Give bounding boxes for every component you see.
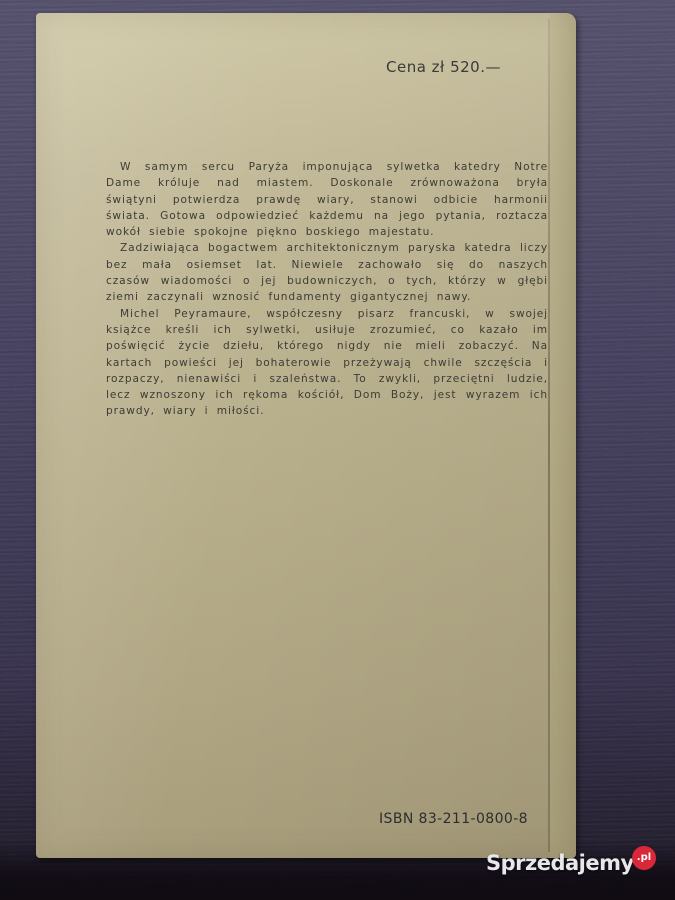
price-label: Cena zł 520.— <box>386 58 501 76</box>
book-back-cover: Cena zł 520.— W samym sercu Paryża impon… <box>36 13 576 858</box>
blurb-paragraph: Michel Peyramaure, współczesny pisarz fr… <box>106 306 548 420</box>
blurb-text: W samym sercu Paryża imponująca sylwetka… <box>106 159 548 420</box>
isbn-number: ISBN 83-211-0800-8 <box>379 811 528 827</box>
book-spine-edge <box>550 13 576 858</box>
spine-fold-line <box>548 19 550 852</box>
blurb-paragraph: W samym sercu Paryża imponująca sylwetka… <box>106 159 548 240</box>
watermark-logo: Sprzedajemy <box>486 851 634 875</box>
blurb-paragraph: Zadziwiająca bogactwem architektonicznym… <box>106 240 548 305</box>
watermark-badge-icon: .pl <box>632 846 656 870</box>
